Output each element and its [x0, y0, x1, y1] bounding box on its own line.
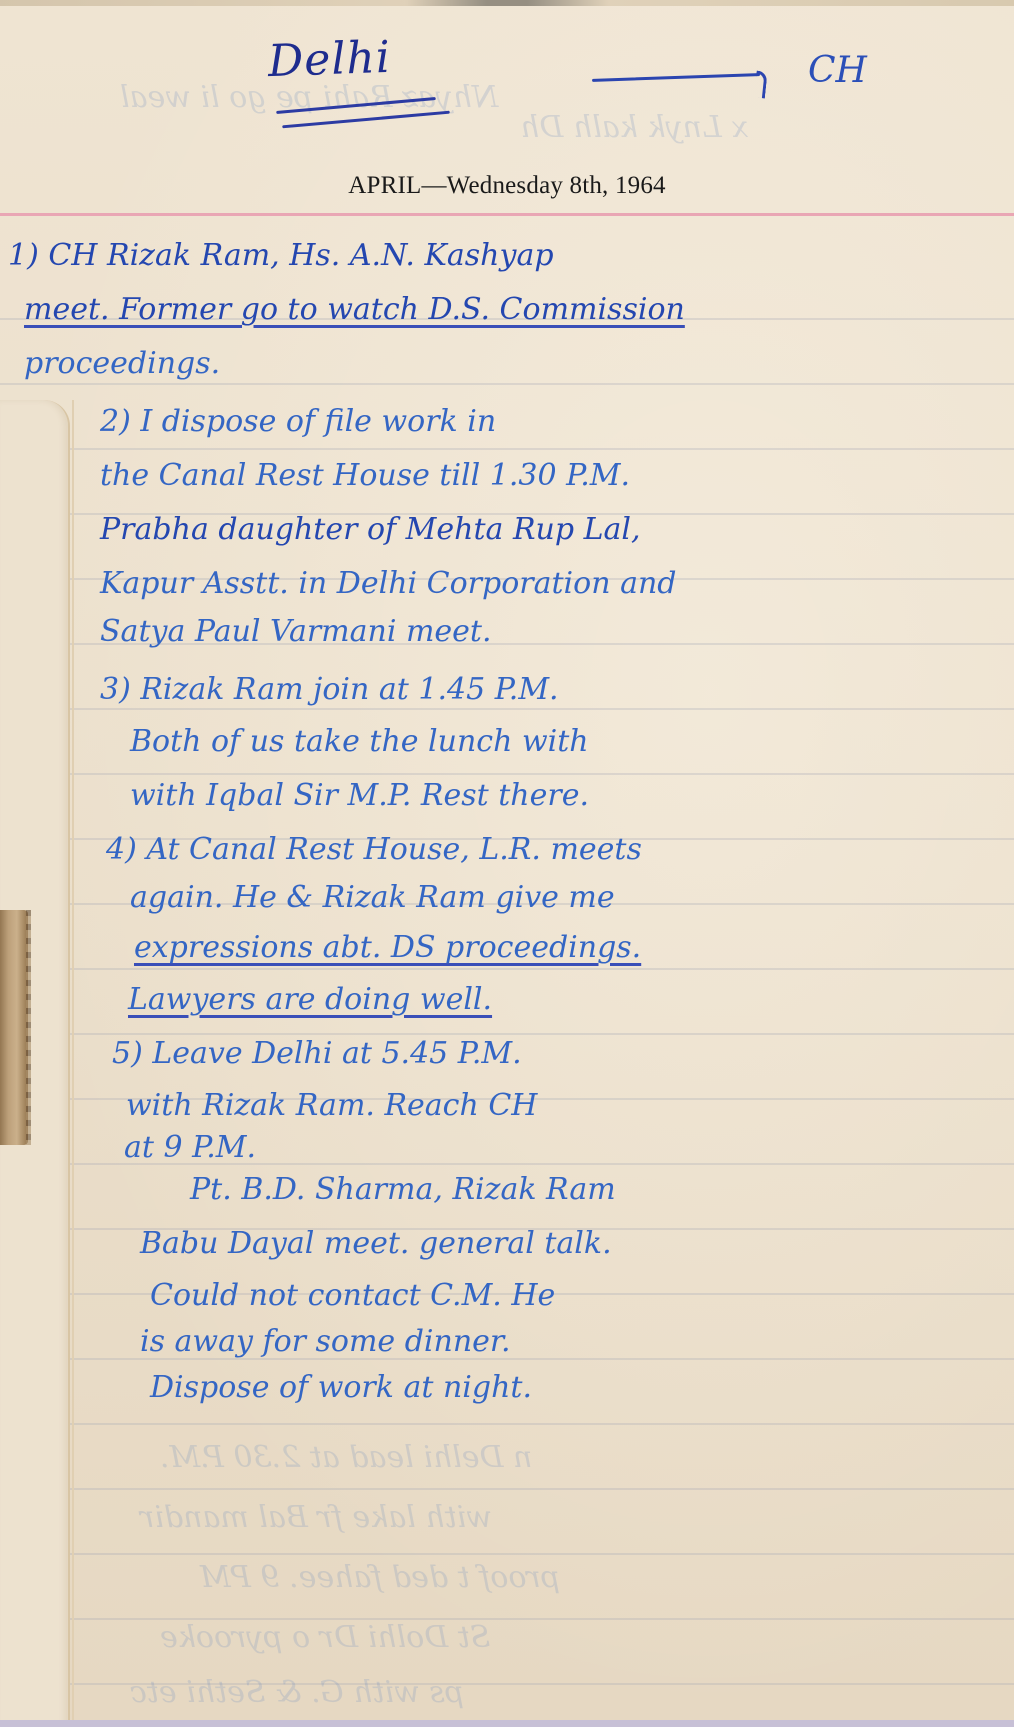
entry-2-line-1: 2) I dispose of file work in	[100, 404, 496, 439]
page-bottom-edge	[0, 1720, 1014, 1727]
entry-5-line-1: 5) Leave Delhi at 5.45 P.M.	[112, 1036, 522, 1071]
entry-5-line-2: with Rizak Ram. Reach CH	[126, 1088, 537, 1123]
diary-page: Nhyaz Rahi pe go li weal x Lnyk kalh Dh …	[0, 0, 1014, 1727]
entry-4-line-1: 4) At Canal Rest House, L.R. meets	[106, 832, 642, 867]
entry-5-line-3: at 9 P.M.	[124, 1130, 256, 1165]
entry-4-line-3: expressions abt. DS proceedings.	[134, 930, 641, 965]
entry-6-line-2: Babu Dayal meet. general talk.	[140, 1226, 612, 1261]
entry-6-line-3: Could not contact C.M. He	[150, 1278, 555, 1313]
entry-2-line-2: the Canal Rest House till 1.30 P.M.	[100, 458, 630, 493]
entry-1-line-2: meet. Former go to watch D.S. Commission	[24, 292, 685, 327]
entry-4-line-2: again. He & Rizak Ram give me	[130, 880, 615, 915]
diary-entries: 1) CH Rizak Ram, Hs. A.N. Kashyap meet. …	[0, 0, 1014, 1727]
entry-6-line-4: is away for some dinner.	[140, 1324, 510, 1359]
entry-3-line-2: Both of us take the lunch with	[130, 724, 589, 759]
entry-6-line-1: Pt. B.D. Sharma, Rizak Ram	[190, 1172, 616, 1207]
entry-2-line-5: Satya Paul Varmani meet.	[100, 614, 492, 649]
entry-1-line-1: 1) CH Rizak Ram, Hs. A.N. Kashyap	[8, 238, 554, 273]
entry-1-line-3: proceedings.	[24, 346, 220, 381]
entry-4-line-4: Lawyers are doing well.	[128, 982, 492, 1017]
entry-3-line-1: 3) Rizak Ram join at 1.45 P.M.	[100, 672, 559, 707]
entry-3-line-3: with Iqbal Sir M.P. Rest there.	[130, 778, 589, 813]
entry-2-line-4: Kapur Asstt. in Delhi Corporation and	[100, 566, 676, 601]
entry-6-line-5: Dispose of work at night.	[150, 1370, 532, 1405]
entry-2-line-3: Prabha daughter of Mehta Rup Lal,	[100, 512, 641, 547]
